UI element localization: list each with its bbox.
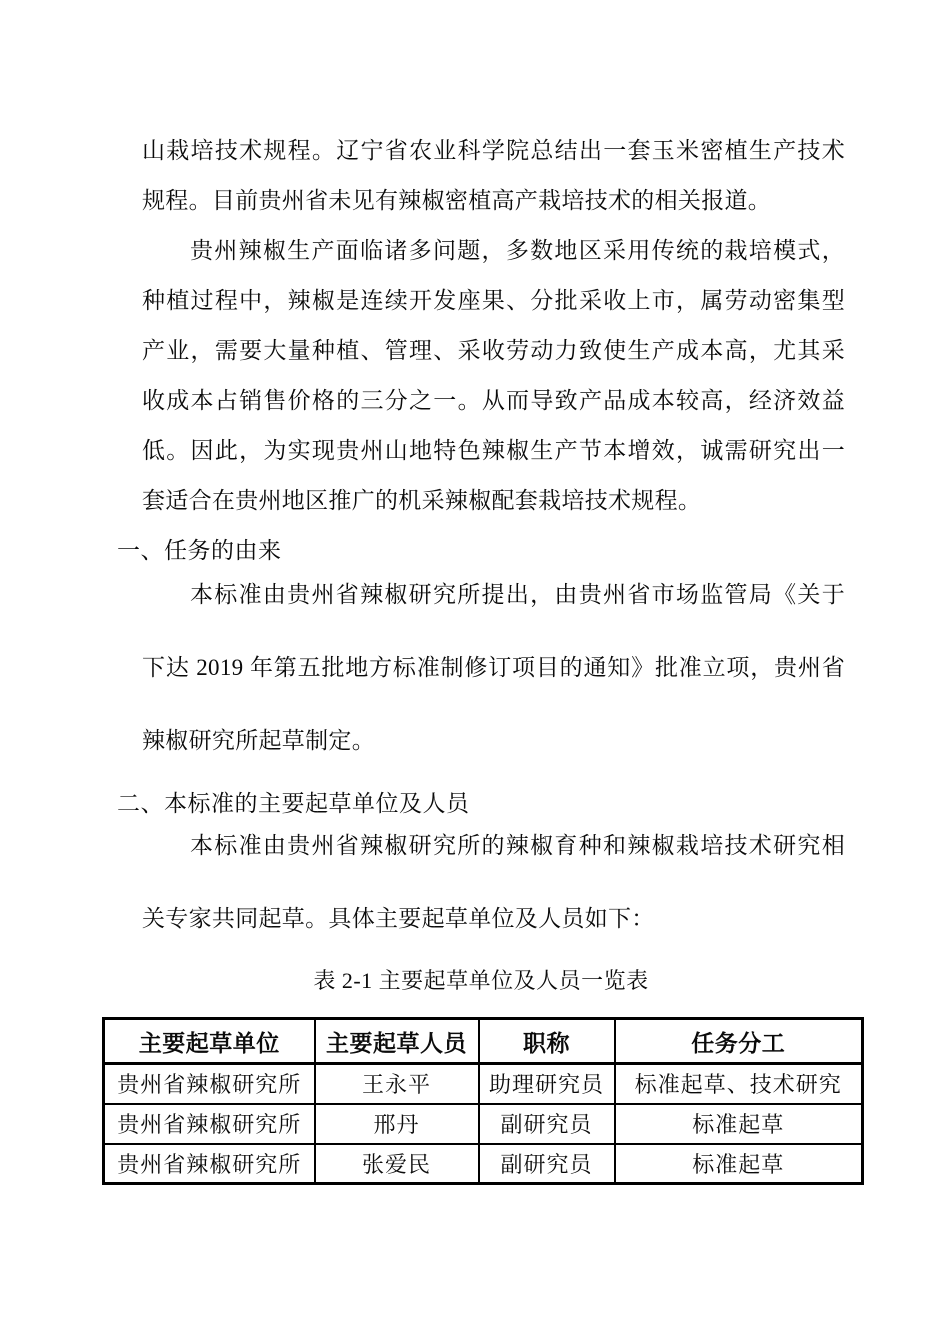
table-cell: 贵州省辣椒研究所 bbox=[104, 1104, 315, 1144]
table-cell: 副研究员 bbox=[479, 1104, 615, 1144]
table-row: 贵州省辣椒研究所 邢丹 副研究员 标准起草 bbox=[104, 1104, 863, 1144]
body-line: 种植过程中，辣椒是连续开发座果、分批采收上市，属劳动密集型 bbox=[142, 287, 845, 337]
table-header-row: 主要起草单位 主要起草人员 职称 任务分工 bbox=[104, 1019, 863, 1064]
document-page: 山栽培技术规程。辽宁省农业科学院总结出一套玉米密植生产技术 规程。目前贵州省未见… bbox=[0, 0, 950, 1344]
table-cell: 标准起草、技术研究 bbox=[615, 1064, 863, 1104]
table-cell: 助理研究员 bbox=[479, 1064, 615, 1104]
table-cell: 标准起草 bbox=[615, 1144, 863, 1184]
body-line: 下达 2019 年第五批地方标准制修订项目的通知》批准立项，贵州省 bbox=[142, 654, 845, 727]
body-line: 本标准由贵州省辣椒研究所提出，由贵州省市场监管局《关于 bbox=[142, 581, 845, 654]
table-header-cell: 主要起草人员 bbox=[315, 1019, 479, 1064]
body-line: 山栽培技术规程。辽宁省农业科学院总结出一套玉米密植生产技术 bbox=[142, 137, 845, 187]
table-cell: 王永平 bbox=[315, 1064, 479, 1104]
body-line: 本标准由贵州省辣椒研究所的辣椒育种和辣椒栽培技术研究相 bbox=[142, 832, 845, 905]
table-cell: 副研究员 bbox=[479, 1144, 615, 1184]
table-caption: 表 2-1 主要起草单位及人员一览表 bbox=[117, 967, 845, 1017]
table-cell: 张爱民 bbox=[315, 1144, 479, 1184]
table-header-cell: 主要起草单位 bbox=[104, 1019, 315, 1064]
table-row: 贵州省辣椒研究所 张爱民 副研究员 标准起草 bbox=[104, 1144, 863, 1184]
table-cell: 贵州省辣椒研究所 bbox=[104, 1144, 315, 1184]
section-heading-2: 二、本标准的主要起草单位及人员 bbox=[117, 790, 862, 832]
drafting-units-table: 主要起草单位 主要起草人员 职称 任务分工 贵州省辣椒研究所 王永平 助理研究员… bbox=[102, 1017, 864, 1185]
body-line: 低。因此，为实现贵州山地特色辣椒生产节本增效，诚需研究出一 bbox=[142, 437, 845, 487]
body-line: 关专家共同起草。具体主要起草单位及人员如下： bbox=[142, 905, 845, 967]
body-line: 套适合在贵州地区推广的机采辣椒配套栽培技术规程。 bbox=[142, 487, 845, 537]
body-line: 贵州辣椒生产面临诸多问题，多数地区采用传统的栽培模式， bbox=[142, 237, 845, 287]
table-cell: 邢丹 bbox=[315, 1104, 479, 1144]
table-header-cell: 任务分工 bbox=[615, 1019, 863, 1064]
table-row: 贵州省辣椒研究所 王永平 助理研究员 标准起草、技术研究 bbox=[104, 1064, 863, 1104]
body-line: 辣椒研究所起草制定。 bbox=[142, 727, 845, 790]
body-line: 规程。目前贵州省未见有辣椒密植高产栽培技术的相关报道。 bbox=[142, 187, 845, 237]
body-line: 产业，需要大量种植、管理、采收劳动力致使生产成本高，尤其采 bbox=[142, 337, 845, 387]
table-cell: 贵州省辣椒研究所 bbox=[104, 1064, 315, 1104]
table-cell: 标准起草 bbox=[615, 1104, 863, 1144]
body-line: 收成本占销售价格的三分之一。从而导致产品成本较高，经济效益 bbox=[142, 387, 845, 437]
section-heading-1: 一、任务的由来 bbox=[117, 537, 862, 581]
table-header-cell: 职称 bbox=[479, 1019, 615, 1064]
